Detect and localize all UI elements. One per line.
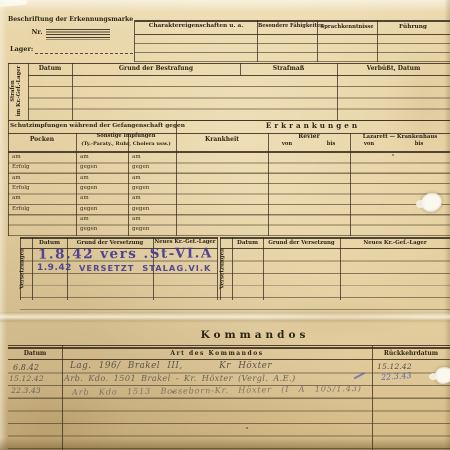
vacc-cell: am bbox=[80, 195, 89, 201]
transfer-stamp-2-date: 1.9.42 bbox=[37, 263, 72, 273]
vacc-cell: am bbox=[12, 195, 21, 201]
vacc-header-sonstige-detail: (Ty.-Paraty., Ruhr, Cholera usw.) bbox=[76, 142, 176, 148]
traits-header-conduct: Führung bbox=[378, 24, 448, 31]
vacc-cell: am bbox=[80, 175, 89, 181]
paper-speck bbox=[246, 427, 248, 429]
vacc-cell: Erfolg bbox=[12, 206, 30, 212]
vacc-header-pocken: Pocken bbox=[8, 137, 76, 144]
id-block-title: Beschriftung der Erkennungsmarke bbox=[8, 16, 132, 23]
punch-hole-tear bbox=[429, 373, 438, 380]
transfers-left-header-reason: Grund der Versetzung bbox=[67, 240, 153, 246]
rule-line bbox=[268, 133, 269, 236]
rule-line bbox=[128, 133, 129, 236]
rule-line bbox=[20, 297, 450, 298]
kommando-entry-date: 22.3.43 bbox=[11, 386, 41, 395]
illness-header-krankheit: Krankheit bbox=[176, 137, 268, 144]
kommando-entry-type: Arb. Kdo. 1501 Brakel - Kr. Höxter (Verg… bbox=[64, 373, 296, 383]
rule-line bbox=[76, 133, 77, 236]
punishments-empty-rows bbox=[28, 76, 450, 121]
kommando-entry-type: Lag. 196/ Brakel III, Kr Höxter bbox=[70, 361, 272, 371]
kommandos-header-date: Datum bbox=[8, 351, 62, 358]
punishments-header-reason: Grund der Bestrafung bbox=[72, 66, 240, 73]
illness-header-lazarett: Lazarett — Krankenhaus bbox=[350, 134, 450, 140]
rule-line bbox=[8, 345, 450, 346]
vacc-cell: gegen bbox=[80, 185, 97, 191]
vacc-header-sonstige: Sonstige Impfungen bbox=[76, 134, 176, 140]
transfer-stamp-1: 1.8.42 vers .St-VI.A bbox=[38, 245, 213, 262]
id-number-struck-value bbox=[46, 29, 110, 40]
kommando-entry-date: 6.8.42 bbox=[13, 362, 39, 372]
vacc-cell: am bbox=[12, 154, 21, 160]
illness-lazarett-bis: bis bbox=[404, 142, 434, 148]
vacc-cell: am bbox=[132, 216, 141, 222]
kommandos-header-return: Rückkehrdatum bbox=[372, 351, 450, 358]
vacc-cell: gegen bbox=[132, 185, 149, 191]
traits-header-character: Charaktereigenschaften u. a. bbox=[137, 23, 255, 30]
rule-line bbox=[176, 120, 177, 236]
traits-empty-rows bbox=[135, 35, 450, 62]
vacc-cell: am bbox=[132, 175, 141, 181]
paper-speck bbox=[392, 154, 394, 156]
rule-line bbox=[20, 309, 450, 310]
pow-record-card: Beschriftung der Erkennungsmarke Nr. Lag… bbox=[0, 0, 450, 450]
rule-line bbox=[8, 63, 450, 65]
rule-line bbox=[135, 20, 450, 22]
rule-line bbox=[8, 120, 9, 236]
illness-revier-bis: bis bbox=[316, 142, 346, 148]
vaccinations-title: Schutzimpfungen während der Gefangenscha… bbox=[10, 123, 176, 130]
vacc-cell: am bbox=[80, 154, 89, 160]
transfers-right-rows bbox=[220, 249, 450, 287]
vacc-cell: gegen bbox=[132, 206, 149, 212]
punishments-side-label-line1: Strafen bbox=[10, 80, 16, 102]
illness-header-revier: Revier bbox=[268, 134, 350, 141]
vaccination-rows-grid bbox=[8, 153, 450, 236]
transfers-right-header-reason: Grund der Versetzung bbox=[263, 240, 340, 246]
rule-line bbox=[350, 133, 351, 236]
paper-edge-left bbox=[0, 0, 7, 450]
transfers-right-header-date: Datum bbox=[232, 240, 263, 246]
vacc-cell: Erfolg bbox=[12, 185, 30, 191]
lager-label: Lager: bbox=[10, 46, 34, 53]
punishments-header-sentence: Strafmaß bbox=[240, 66, 337, 73]
id-number-label: Nr. bbox=[30, 29, 44, 36]
vacc-cell: am bbox=[132, 195, 141, 201]
punch-hole-tear bbox=[416, 200, 425, 208]
kommando-entry-return: 15.12.42 bbox=[377, 362, 412, 371]
vacc-cell: gegen bbox=[132, 164, 149, 170]
transfers-left-header-date: Datum bbox=[32, 240, 67, 246]
vacc-cell: gegen bbox=[80, 164, 97, 170]
lager-dotted-line bbox=[35, 45, 133, 54]
kommandos-title: Kommandos bbox=[155, 329, 355, 341]
paper-speck bbox=[90, 255, 92, 257]
vacc-cell: am bbox=[132, 154, 141, 160]
punishments-side-label: Strafen im Kr.-Gef.-Lager bbox=[10, 64, 26, 118]
vacc-cell: Erfolg bbox=[12, 164, 30, 170]
kommando-entry-date: 15.12.42 bbox=[9, 374, 44, 383]
kommandos-header-type: Art des Kommandos bbox=[62, 351, 372, 358]
vacc-cell: am bbox=[80, 216, 89, 222]
paper-speck bbox=[172, 391, 174, 393]
vacc-cell: gegen bbox=[80, 226, 97, 232]
traits-header-abilities: Besondere Fähigkeiten bbox=[258, 24, 316, 30]
rule-line bbox=[8, 63, 9, 121]
traits-header-languages: Sprachkenntnisse bbox=[318, 24, 376, 30]
vacc-cell: am bbox=[12, 175, 21, 181]
vacc-cell: gegen bbox=[80, 206, 97, 212]
punishments-header-date: Datum bbox=[28, 66, 72, 73]
punishments-header-served: Verbüßt, Datum bbox=[337, 66, 450, 73]
transfers-right-header-newcamp: Neues Kr.-Gef.-Lager bbox=[340, 240, 450, 246]
illnesses-title: Erkrankungen bbox=[176, 122, 450, 130]
punishments-side-label-line2: im Kr.-Gef.-Lager bbox=[16, 66, 22, 116]
rule-line bbox=[8, 347, 450, 348]
vacc-cell: gegen bbox=[132, 226, 149, 232]
transfer-stamp-2-text: VERSETZT STALAG.VI.K bbox=[79, 263, 211, 273]
rule-line bbox=[220, 237, 450, 239]
illness-lazarett-von: von bbox=[354, 142, 384, 148]
illness-revier-von: von bbox=[272, 142, 302, 148]
paper-edge-top bbox=[0, 0, 450, 12]
